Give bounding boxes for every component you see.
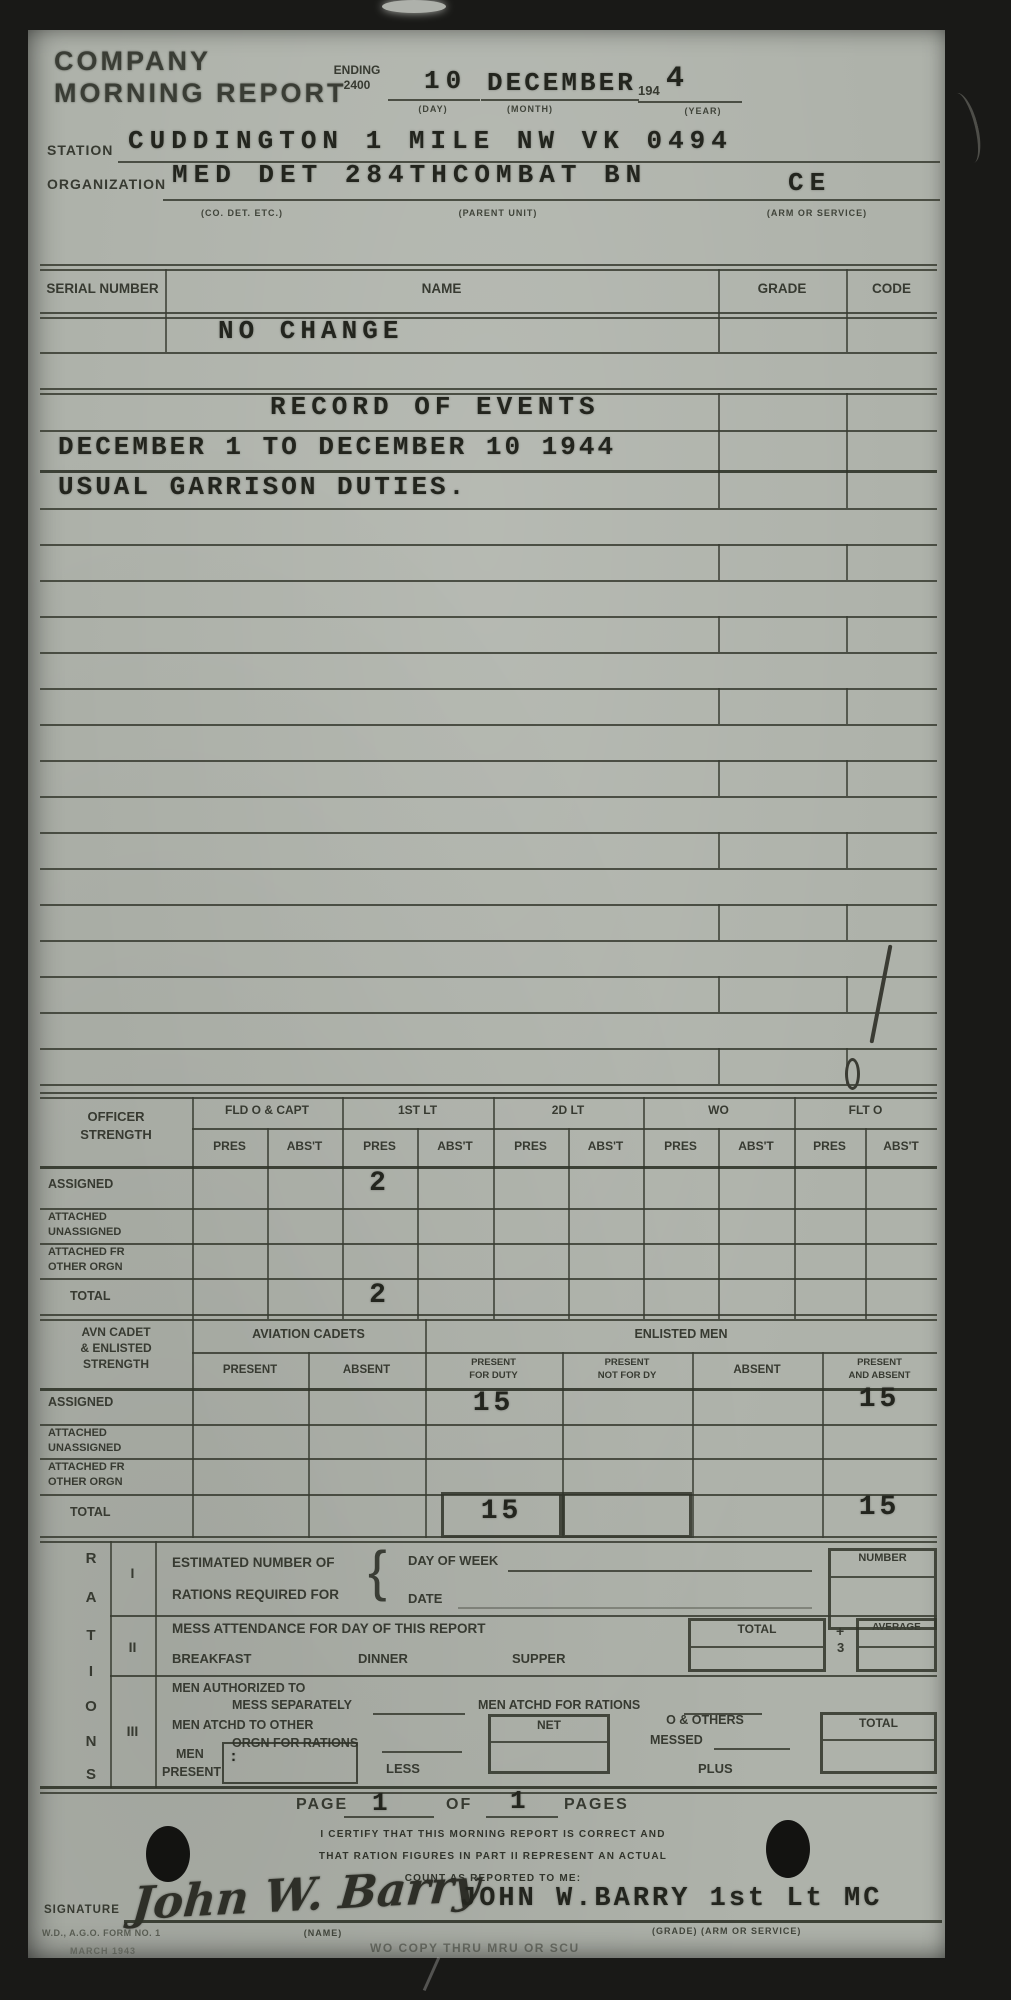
abst-header: ABS'T xyxy=(267,1140,342,1153)
col-present-and-absent: PRESENT xyxy=(822,1358,937,1368)
cert-line1: I CERTIFY THAT THIS MORNING REPORT IS CO… xyxy=(288,1830,698,1841)
row-other-orgn: OTHER ORGN xyxy=(48,1262,123,1274)
rations-letter: R xyxy=(80,1551,102,1567)
average-label: AVERAGE xyxy=(856,1623,937,1634)
form-title-line1: COMPANY xyxy=(54,46,211,77)
date-label: DATE xyxy=(408,1592,442,1606)
scan-artifact xyxy=(382,0,446,13)
breakfast-label: BREAKFAST xyxy=(172,1652,251,1666)
col-present-for-duty: PRESENT xyxy=(425,1358,562,1368)
rule xyxy=(40,688,937,690)
rule xyxy=(40,264,937,266)
rule xyxy=(40,1166,937,1169)
mess-total-label: TOTAL xyxy=(688,1623,826,1636)
brace: { xyxy=(368,1542,387,1601)
vline xyxy=(718,393,720,508)
pres-header: PRES xyxy=(342,1140,417,1153)
vline xyxy=(846,832,848,868)
enlisted-total-duty: 15 xyxy=(441,1498,562,1526)
year-hint: (YEAR) xyxy=(668,106,738,116)
rule xyxy=(40,904,937,906)
rule xyxy=(40,388,937,390)
rule xyxy=(458,1607,812,1609)
rule xyxy=(110,1675,937,1677)
messed-label: MESSED xyxy=(650,1734,703,1747)
rule xyxy=(40,796,937,798)
section-i-num: I xyxy=(110,1566,155,1581)
pres-header: PRES xyxy=(794,1140,865,1153)
row-total: TOTAL xyxy=(70,1290,111,1303)
rule xyxy=(40,1536,937,1538)
rule xyxy=(40,976,937,978)
vline xyxy=(865,1128,867,1319)
rule xyxy=(40,832,937,834)
vline xyxy=(718,1048,720,1084)
vline xyxy=(692,1352,694,1538)
rule xyxy=(823,1739,934,1741)
scan-artifact xyxy=(423,1957,440,1991)
col-present-and-absent2: AND ABSENT xyxy=(822,1371,937,1381)
grade-arm-hint: (GRADE) (ARM OR SERVICE) xyxy=(652,1926,801,1936)
men-atchd-to-other-label: MEN ATCHD TO OTHER xyxy=(172,1719,313,1732)
rule xyxy=(124,1920,942,1923)
page-number: 1 xyxy=(372,1790,392,1816)
rule xyxy=(40,1084,937,1086)
rule xyxy=(40,616,937,618)
col-name: NAME xyxy=(165,282,718,296)
vline xyxy=(718,616,720,652)
rations-letter: O xyxy=(80,1699,102,1715)
vline xyxy=(718,832,720,868)
row-assigned: ASSIGNED xyxy=(48,1396,113,1409)
ending-time: 2400 xyxy=(326,79,388,92)
less-label: LESS xyxy=(386,1762,420,1776)
rations-letter: I xyxy=(80,1664,102,1680)
officer-total-1stlt-pres: 2 xyxy=(342,1282,417,1310)
dinner-label: DINNER xyxy=(358,1652,408,1666)
vline xyxy=(846,904,848,940)
plus-label: PLUS xyxy=(698,1762,733,1776)
vline xyxy=(846,544,848,580)
vline xyxy=(846,616,848,652)
row-unassigned: UNASSIGNED xyxy=(48,1443,121,1455)
abst-header: ABS'T xyxy=(865,1140,937,1153)
pres-header: PRES xyxy=(643,1140,718,1153)
enlisted-total-pres-abs: 15 xyxy=(822,1494,937,1522)
divide-three: 3 xyxy=(837,1641,844,1655)
organization-label: ORGANIZATION xyxy=(47,177,166,192)
rule xyxy=(163,199,940,201)
officer-assigned-1stlt-pres: 2 xyxy=(342,1170,417,1198)
page-label: PAGE xyxy=(296,1797,348,1814)
station-label: STATION xyxy=(47,143,113,158)
pages-total: 1 xyxy=(510,1788,530,1814)
rule xyxy=(40,1786,937,1789)
section-ii-num: II xyxy=(110,1640,155,1655)
rule xyxy=(40,1458,937,1460)
rule xyxy=(40,652,937,654)
roster-entry: NO CHANGE xyxy=(218,318,403,344)
rule xyxy=(40,312,937,314)
events-line1: DECEMBER 1 TO DECEMBER 10 1944 xyxy=(58,434,616,460)
day-field: 10 xyxy=(424,68,467,94)
enlisted-strength-label3: STRENGTH xyxy=(40,1358,192,1371)
pres-header: PRES xyxy=(493,1140,568,1153)
col-present-not-for-dy2: NOT FOR DY xyxy=(562,1371,692,1381)
arm-service-hint: (ARM OR SERVICE) xyxy=(752,208,882,218)
number-box-label: NUMBER xyxy=(828,1553,937,1565)
rule xyxy=(40,1092,937,1094)
vline xyxy=(308,1352,310,1538)
row-attached: ATTACHED xyxy=(48,1212,107,1224)
abst-header: ABS'T xyxy=(417,1140,493,1153)
rule xyxy=(481,99,639,101)
row-attached: ATTACHED xyxy=(48,1428,107,1440)
mess-attendance-label: MESS ATTENDANCE FOR DAY OF THIS REPORT xyxy=(172,1622,486,1636)
row-total: TOTAL xyxy=(70,1506,111,1519)
of-label: OF xyxy=(446,1797,472,1814)
rule xyxy=(491,1741,607,1743)
rule xyxy=(344,1816,434,1818)
col-cadets-absent: ABSENT xyxy=(308,1364,425,1376)
rule xyxy=(192,1128,937,1130)
pages-label: PAGES xyxy=(564,1797,629,1814)
rule xyxy=(40,1208,937,1210)
rule xyxy=(831,1576,934,1578)
rations-letter: S xyxy=(80,1767,102,1783)
col-present-for-duty2: FOR DUTY xyxy=(425,1371,562,1381)
rule xyxy=(40,580,937,582)
events-title: RECORD OF EVENTS xyxy=(270,394,600,420)
col-code: CODE xyxy=(846,282,937,296)
rule xyxy=(40,1097,937,1099)
rule xyxy=(40,352,937,354)
rule xyxy=(714,1748,790,1750)
row-attached-fr: ATTACHED FR xyxy=(48,1462,125,1474)
rations-letter: T xyxy=(80,1628,102,1644)
estimated-rations-label1: ESTIMATED NUMBER OF xyxy=(172,1556,335,1570)
enlisted-assigned-duty: 15 xyxy=(425,1390,562,1418)
form-date: MARCH 1943 xyxy=(70,1946,136,1956)
rule xyxy=(40,1314,937,1316)
vline xyxy=(846,976,848,1012)
group-flt-o: FLT O xyxy=(794,1104,937,1117)
net-label: NET xyxy=(488,1719,610,1732)
pen-zero-mark xyxy=(845,1058,860,1090)
row-attached-fr: ATTACHED FR xyxy=(48,1247,125,1259)
vline xyxy=(417,1128,419,1319)
unit-hint: (CO. DET. ETC.) xyxy=(182,208,302,218)
men-present-box xyxy=(222,1742,358,1784)
o-and-others-label: O & OTHERS xyxy=(620,1714,790,1727)
rule xyxy=(40,760,937,762)
divide-plus: + xyxy=(836,1624,844,1639)
day-of-week-label: DAY OF WEEK xyxy=(408,1554,498,1568)
rule xyxy=(40,1243,937,1245)
rule xyxy=(40,317,937,319)
total-not-for-dy-box xyxy=(562,1492,692,1538)
year-prefix: 194 xyxy=(638,84,660,98)
rule xyxy=(638,101,742,103)
scan-artifact xyxy=(944,90,987,166)
rule xyxy=(192,1352,937,1354)
vline xyxy=(267,1128,269,1319)
rule xyxy=(40,508,937,510)
rule xyxy=(859,1646,934,1648)
vline xyxy=(718,544,720,580)
events-line2: USUAL GARRISON DUTIES. xyxy=(58,474,467,500)
vline xyxy=(846,393,848,508)
enlisted-assigned-pres-abs: 15 xyxy=(822,1386,937,1414)
rule xyxy=(40,940,937,942)
abst-header: ABS'T xyxy=(718,1140,794,1153)
rule xyxy=(508,1570,812,1572)
typed-name: JOHN W.BARRY 1st Lt MC xyxy=(460,1886,882,1913)
col-cadets-present: PRESENT xyxy=(192,1364,308,1376)
vline xyxy=(718,688,720,724)
vline xyxy=(718,904,720,940)
men-authorized-label: MEN AUTHORIZED TO xyxy=(172,1682,305,1695)
rule xyxy=(40,1319,937,1321)
rule xyxy=(691,1646,823,1648)
group-enlisted-men: ENLISTED MEN xyxy=(425,1328,937,1341)
day-hint: (DAY) xyxy=(403,104,463,114)
officer-strength-label1: OFFICER xyxy=(40,1110,192,1124)
vline xyxy=(718,1128,720,1319)
arm-service-field: CE xyxy=(788,170,831,196)
row-unassigned: UNASSIGNED xyxy=(48,1227,121,1239)
col-grade: GRADE xyxy=(718,282,846,296)
station-field: CUDDINGTON 1 MILE NW VK 0494 xyxy=(128,128,733,154)
rule xyxy=(373,1713,465,1715)
rule xyxy=(40,1048,937,1050)
rations-letter: N xyxy=(80,1734,102,1750)
rule xyxy=(40,868,937,870)
supper-label: SUPPER xyxy=(512,1652,565,1666)
vline xyxy=(718,760,720,796)
rule xyxy=(388,99,480,101)
vline xyxy=(846,760,848,796)
group-2d-lt: 2D LT xyxy=(493,1104,643,1117)
col-present-not-for-dy: PRESENT xyxy=(562,1358,692,1368)
month-hint: (MONTH) xyxy=(492,104,568,114)
cert-line2: THAT RATION FIGURES IN PART II REPRESENT… xyxy=(288,1852,698,1863)
men-present-marks: : xyxy=(229,1750,242,1765)
enlisted-strength-label2: & ENLISTED xyxy=(40,1342,192,1355)
routing-note: WO COPY THRU MRU OR SCU xyxy=(370,1942,580,1955)
scanned-morning-report: { "colors": {"background":"#191917","pap… xyxy=(0,0,1011,2000)
group-1st-lt: 1ST LT xyxy=(342,1104,493,1117)
group-wo: WO xyxy=(643,1104,794,1117)
month-field: DECEMBER xyxy=(487,70,636,96)
signature-label: SIGNATURE xyxy=(44,1904,120,1916)
men-label: MEN xyxy=(176,1748,204,1761)
rule xyxy=(40,544,937,546)
name-hint: (NAME) xyxy=(268,1928,378,1938)
punch-hole-right xyxy=(766,1820,810,1878)
others-total-label: TOTAL xyxy=(820,1717,937,1730)
officer-strength-label2: STRENGTH xyxy=(40,1128,192,1142)
rations-letter: A xyxy=(80,1590,102,1606)
abst-header: ABS'T xyxy=(568,1140,643,1153)
pres-header: PRES xyxy=(192,1140,267,1153)
rule xyxy=(40,724,937,726)
rule xyxy=(40,1424,937,1426)
estimated-rations-label2: RATIONS REQUIRED FOR xyxy=(172,1588,339,1602)
row-assigned: ASSIGNED xyxy=(48,1178,113,1191)
rule xyxy=(110,1615,937,1617)
organization-field: MED DET 284THCOMBAT BN xyxy=(172,162,647,188)
rule xyxy=(40,1278,937,1280)
mess-separately-label: MESS SEPARATELY xyxy=(232,1699,352,1712)
rule xyxy=(40,269,937,271)
row-other-orgn: OTHER ORGN xyxy=(48,1477,123,1489)
section-iii-num: III xyxy=(110,1724,155,1739)
col-enlisted-absent: ABSENT xyxy=(692,1364,822,1376)
enlisted-strength-label1: AVN CADET xyxy=(40,1326,192,1339)
group-aviation-cadets: AVIATION CADETS xyxy=(192,1328,425,1341)
parent-unit-hint: (PARENT UNIT) xyxy=(438,208,558,218)
men-atchd-for-rations-label: MEN ATCHD FOR RATIONS xyxy=(478,1699,640,1712)
col-serial-number: SERIAL NUMBER xyxy=(40,282,165,296)
group-fldo-capt: FLD O & CAPT xyxy=(192,1104,342,1117)
rule xyxy=(382,1751,462,1753)
vline xyxy=(718,976,720,1012)
ending-label: ENDING xyxy=(326,64,388,77)
rule xyxy=(40,1792,937,1794)
vline xyxy=(568,1128,570,1319)
vline xyxy=(155,1541,157,1788)
rule xyxy=(40,1541,937,1543)
vline xyxy=(846,688,848,724)
rule xyxy=(486,1816,558,1818)
year-field: 4 xyxy=(666,64,688,94)
present-label: PRESENT xyxy=(162,1766,221,1779)
form-title-line2: MORNING REPORT xyxy=(54,78,347,109)
rule xyxy=(40,1012,937,1014)
form-number: W.D., A.G.O. FORM NO. 1 xyxy=(42,1928,161,1938)
